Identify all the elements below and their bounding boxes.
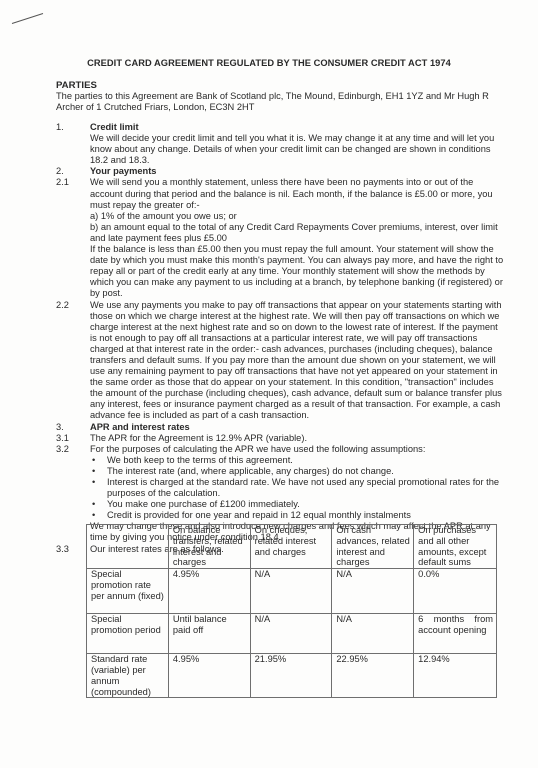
list-item: •We both keep to the terms of this agree…	[90, 455, 506, 466]
table-header-cell: On balance transfers, related interest a…	[168, 525, 250, 569]
bullet-icon: •	[90, 477, 107, 499]
clause-number: 3.3	[56, 544, 90, 555]
interest-rates-table: On balance transfers, related interest a…	[86, 524, 497, 698]
table-cell: 6 months from account opening	[414, 614, 497, 654]
clause-option-a: a) 1% of the amount you owe us; or	[90, 211, 506, 222]
table-cell: 21.95%	[250, 654, 332, 698]
table-header-cell: On cash advances, related interest and c…	[332, 525, 414, 569]
clause-number: 2.2	[56, 300, 90, 422]
section-number: 2.	[56, 166, 90, 177]
table-header-cell	[87, 525, 169, 569]
clause-intro: We will send you a monthly statement, un…	[90, 177, 506, 210]
section-number: 1.	[56, 122, 90, 133]
section-heading: Credit limit	[90, 122, 506, 133]
table-cell: 22.95%	[332, 654, 414, 698]
section-3-heading-row: 3. APR and interest rates	[56, 422, 506, 433]
list-item: •You make one purchase of £1200 immediat…	[90, 499, 506, 510]
parties-heading: PARTIES	[56, 80, 496, 91]
clause-option-b: b) an amount equal to the total of any C…	[90, 222, 506, 244]
row-label: Special promotion period	[87, 614, 169, 654]
table-cell: N/A	[250, 614, 332, 654]
table-cell: 4.95%	[168, 654, 250, 698]
parties-text: The parties to this Agreement are Bank o…	[56, 91, 496, 113]
section-text: We will decide your credit limit and tel…	[90, 133, 506, 166]
table-header-cell: On purchases and all other amounts, exce…	[414, 525, 497, 569]
pen-mark	[11, 12, 45, 26]
list-item: •Interest is charged at the standard rat…	[90, 477, 506, 499]
table-header-cell: On cheques, related interest and charges	[250, 525, 332, 569]
bullet-icon: •	[90, 455, 107, 466]
bullet-icon: •	[90, 499, 107, 510]
table-cell: N/A	[332, 614, 414, 654]
clause-text: The APR for the Agreement is 12.9% APR (…	[90, 433, 506, 444]
table-cell: 12.94%	[414, 654, 497, 698]
section-1-body: We will decide your credit limit and tel…	[56, 133, 506, 166]
row-label: Standard rate (variable) per annum (comp…	[87, 654, 169, 698]
clause-2-1: 2.1 We will send you a monthly statement…	[56, 177, 506, 299]
section-heading: APR and interest rates	[90, 422, 506, 433]
clause-text: We use any payments you make to pay off …	[90, 300, 506, 422]
clause-outro: If the balance is less than £5.00 then y…	[90, 244, 506, 299]
table-cell: 4.95%	[168, 569, 250, 614]
table-cell: 0.0%	[414, 569, 497, 614]
bullet-icon: •	[90, 466, 107, 477]
clause-number: 2.1	[56, 177, 90, 299]
agreement-sections: 1. Credit limit We will decide your cred…	[56, 122, 506, 555]
table-cell: N/A	[332, 569, 414, 614]
list-item: •Credit is provided for one year and rep…	[90, 510, 506, 521]
table-row: Standard rate (variable) per annum (comp…	[87, 654, 497, 698]
assumptions-list: •We both keep to the terms of this agree…	[90, 455, 506, 522]
section-heading: Your payments	[90, 166, 506, 177]
table-row: Special promotion period Until balance p…	[87, 614, 497, 654]
table-cell: Until balance paid off	[168, 614, 250, 654]
clause-number: 3.1	[56, 433, 90, 444]
clause-intro: For the purposes of calculating the APR …	[90, 444, 506, 455]
table-row: Special promotion rate per annum (fixed)…	[87, 569, 497, 614]
document-title: CREDIT CARD AGREEMENT REGULATED BY THE C…	[0, 58, 538, 69]
row-label: Special promotion rate per annum (fixed)	[87, 569, 169, 614]
table-cell: N/A	[250, 569, 332, 614]
section-number: 3.	[56, 422, 90, 433]
table-header-row: On balance transfers, related interest a…	[87, 525, 497, 569]
section-2-heading-row: 2. Your payments	[56, 166, 506, 177]
parties-section: PARTIES The parties to this Agreement ar…	[56, 80, 496, 113]
clause-2-2: 2.2 We use any payments you make to pay …	[56, 300, 506, 422]
clause-number: 3.2	[56, 444, 90, 544]
clause-3-1: 3.1 The APR for the Agreement is 12.9% A…	[56, 433, 506, 444]
bullet-icon: •	[90, 510, 107, 521]
section-1-heading-row: 1. Credit limit	[56, 122, 506, 133]
list-item: •The interest rate (and, where applicabl…	[90, 466, 506, 477]
